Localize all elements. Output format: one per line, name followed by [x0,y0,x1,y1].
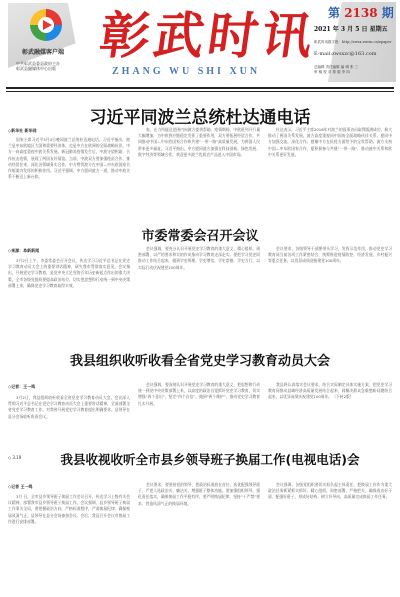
article-column: 3月2日，我县组织收听收看全省党史学习教育动员大会。会议深入贯彻习近平总书记在党… [8,395,130,439]
article-column: 会议强调，要充分认识开展党史学习教育的重大意义，精心组织，周密部署，以严的要求和… [138,246,260,336]
divider [6,91,394,92]
article-column: 会议强调，各级党组织要切实担负起主体责任，把换届工作作为重大政治任务抓紧抓实抓好… [268,482,392,590]
newspaper-pinyin: ZHANG WU SHI XUN [112,66,260,77]
email: E-mail:zwsxzc@163.com [314,51,376,57]
article-column: 国家主席习近平3月4日晚同波兰总统杜达通电话。习近平指出，波兰是中东欧地区大国和… [8,137,130,213]
date-mark: ◇ 3.19 [8,455,21,460]
article-headline[interactable]: 习近平同波兰总统杜达通电话 [0,103,400,128]
article-column: 杜达表示，习近平主席2016年对波兰的国事访问取得圆满成功，极大推动了两国关系发… [268,127,392,213]
digital-edition-url: 彰武时讯数字报：http://zwsx.zwrm.cn/epaper [314,40,391,45]
logo-panel: 彰武融媒客户端 中共彰武县委县政府主办 彰武县融媒体中心出版 [8,3,83,83]
editors-line-2: 审 稿 校 对 排 版 李 四 [314,70,350,75]
article-column: 3月 日，全市县乡领导班子换届工作会议召开，传达学习上级有关会议精神，部署我市县… [8,494,130,590]
logo-publisher: 中共彰武县委县政府主办 彰武县融媒体中心出版 [16,61,60,71]
article-column: 我县将认真落实会议要求，结合实际制定具体实施方案，把党史学习教育同推动县域经济高… [268,382,392,439]
issue-info: 第 2138 期 2021 年 3 月 5 日 星期五 彰武时讯数字报：http… [312,2,396,82]
article-column: 会议要求，要坚持党的领导，把政治标准放在首位，选优配强领导班子，严把人选政治关、… [138,482,260,590]
logo-caption: 彰武融媒客户端 [22,47,64,56]
article-byline: ◇来源：阜新新闻 [8,248,39,254]
article-column: 会议强调，要深刻认识开展党史学习教育的重大意义，把思想和行动统一到党中央决策部署… [138,382,260,439]
issue-date: 2021 年 3 月 5 日 星期五 [314,24,388,33]
divider [6,87,394,89]
article-byline: ◇新华社 新华网 [8,128,36,134]
article-byline: ◇记者：王一鸣 [8,384,35,390]
media-client-logo-icon [30,9,62,41]
article-headline[interactable]: 我县收视收听全市县乡领导班子换届工作(电视电话)会 [30,450,390,468]
article-column: 3月2日上午，市委常委会召开会议，传达学习习近平总书记在党史学习教育动员大会上的… [8,258,130,336]
article-byline: ◇记者 王一鸣 [8,484,32,490]
newspaper-title: 彰武时讯 [96,6,320,66]
issue-number: 第 2138 期 [328,4,394,21]
article-headline[interactable]: 我县组织收听收看全省党史学习教育动员大会 [0,350,400,369]
article-column: 家，在力所能及范围内向波方提供帮助。疫情期间，中欧班列开行量大幅增加，为中欧供应… [138,127,260,213]
article-column: 会议要求，各级领导干部要带头学习，发挥示范作用，推动党史学习教育同当前各项工作紧… [268,246,392,336]
play-icon [43,20,52,30]
article-headline[interactable]: 市委常委会召开会议 [0,225,400,244]
masthead: 彰武融媒客户端 中共彰武县委县政府主办 彰武县融媒体中心出版 彰武时讯 ZHAN… [0,0,400,90]
